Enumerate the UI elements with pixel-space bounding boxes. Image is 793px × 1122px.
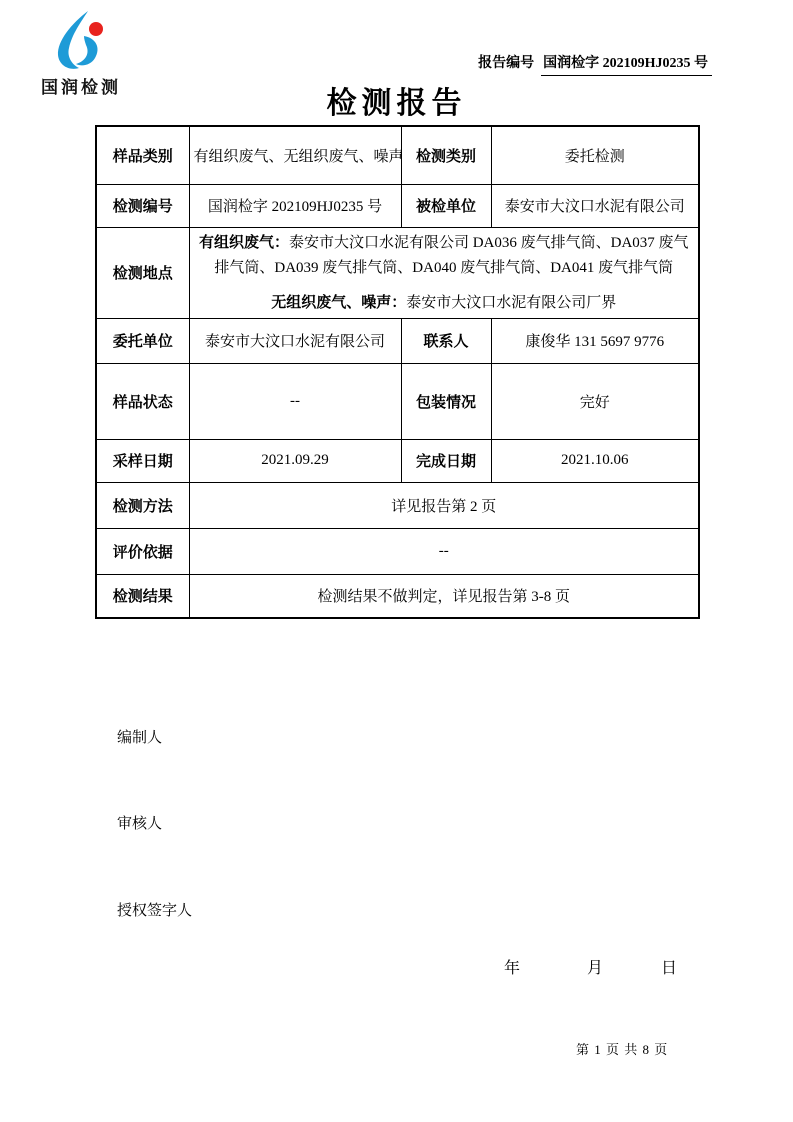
cell-inspected-unit-label: 被检单位 — [401, 184, 491, 227]
authorized-signer-label: 授权签字人 — [117, 899, 192, 920]
report-number-value: 国润检字 202109HJ0235 号 — [541, 52, 712, 76]
cell-sample-state-value: -- — [189, 363, 401, 439]
organized-gas-lead: 有组织废气： — [199, 234, 289, 251]
cell-sample-state-label: 样品状态 — [96, 363, 189, 439]
cell-test-result-label: 检测结果 — [96, 574, 189, 618]
cell-test-method-value: 详见报告第 2 页 — [189, 482, 699, 528]
row-report-id: 检测编号 国润检字 202109HJ0235 号 被检单位 泰安市大汶口水泥有限… — [96, 184, 699, 227]
logo-mark-icon — [42, 10, 120, 72]
cell-test-type-value: 委托检测 — [491, 126, 699, 184]
cell-report-id-value: 国润检字 202109HJ0235 号 — [189, 184, 401, 227]
row-sample-state: 样品状态 -- 包装情况 完好 — [96, 363, 699, 439]
row-client: 委托单位 泰安市大汶口水泥有限公司 联系人 康俊华 131 5697 9776 — [96, 318, 699, 363]
cell-sample-type-label: 样品类别 — [96, 126, 189, 184]
cell-evaluation-basis-value: -- — [189, 528, 699, 574]
cell-test-location-label: 检测地点 — [96, 227, 189, 318]
cell-client-label: 委托单位 — [96, 318, 189, 363]
cell-packaging-label: 包装情况 — [401, 363, 491, 439]
row-sample-type: 样品类别 有组织废气、无组织废气、噪声 检测类别 委托检测 — [96, 126, 699, 184]
row-test-result: 检测结果 检测结果不做判定，详见报告第 3-8 页 — [96, 574, 699, 618]
report-number-label: 报告编号 — [478, 56, 534, 71]
cell-test-type-label: 检测类别 — [401, 126, 491, 184]
report-page: 国润检测 报告编号国润检字 202109HJ0235 号 检测报告 样品类别 有… — [0, 0, 793, 1122]
preparer-label: 编制人 — [117, 726, 162, 747]
cell-contact-value: 康俊华 131 5697 9776 — [491, 318, 699, 363]
unorganized-gas-location: 无组织废气、噪声：泰安市大汶口水泥有限公司厂界 — [194, 290, 695, 316]
unorganized-gas-text: 泰安市大汶口水泥有限公司厂界 — [406, 295, 616, 311]
page-number-footer: 第 1 页 共 8 页 — [576, 1039, 668, 1058]
cell-test-method-label: 检测方法 — [96, 482, 189, 528]
row-evaluation-basis: 评价依据 -- — [96, 528, 699, 574]
organized-gas-location: 有组织废气：泰安市大汶口水泥有限公司 DA036 废气排气筒、DA037 废气排… — [194, 230, 695, 281]
row-test-method: 检测方法 详见报告第 2 页 — [96, 482, 699, 528]
report-info-table: 样品类别 有组织废气、无组织废气、噪声 检测类别 委托检测 检测编号 国润检字 … — [95, 125, 700, 619]
date-day-label: 日 — [661, 955, 677, 978]
reviewer-label: 审核人 — [117, 812, 162, 833]
date-year-label: 年 — [504, 955, 520, 978]
report-number-line: 报告编号国润检字 202109HJ0235 号 — [478, 52, 712, 76]
cell-sample-type-value: 有组织废气、无组织废气、噪声 — [189, 126, 401, 184]
cell-client-value: 泰安市大汶口水泥有限公司 — [189, 318, 401, 363]
date-line: 年 月 日 — [0, 955, 793, 977]
cell-contact-label: 联系人 — [401, 318, 491, 363]
date-month-label: 月 — [587, 955, 603, 978]
row-dates: 采样日期 2021.09.29 完成日期 2021.10.06 — [96, 439, 699, 482]
cell-test-result-value: 检测结果不做判定，详见报告第 3-8 页 — [189, 574, 699, 618]
cell-packaging-value: 完好 — [491, 363, 699, 439]
cell-test-location-value: 有组织废气：泰安市大汶口水泥有限公司 DA036 废气排气筒、DA037 废气排… — [189, 227, 699, 318]
page-title: 检测报告 — [0, 78, 793, 122]
cell-sampling-date-value: 2021.09.29 — [189, 439, 401, 482]
cell-report-id-label: 检测编号 — [96, 184, 189, 227]
cell-evaluation-basis-label: 评价依据 — [96, 528, 189, 574]
unorganized-gas-lead: 无组织废气、噪声： — [271, 294, 406, 311]
logo-dot — [89, 22, 103, 36]
row-test-location: 检测地点 有组织废气：泰安市大汶口水泥有限公司 DA036 废气排气筒、DA03… — [96, 227, 699, 318]
cell-inspected-unit-value: 泰安市大汶口水泥有限公司 — [491, 184, 699, 227]
cell-completion-date-value: 2021.10.06 — [491, 439, 699, 482]
cell-completion-date-label: 完成日期 — [401, 439, 491, 482]
logo-hook — [76, 36, 98, 65]
cell-sampling-date-label: 采样日期 — [96, 439, 189, 482]
